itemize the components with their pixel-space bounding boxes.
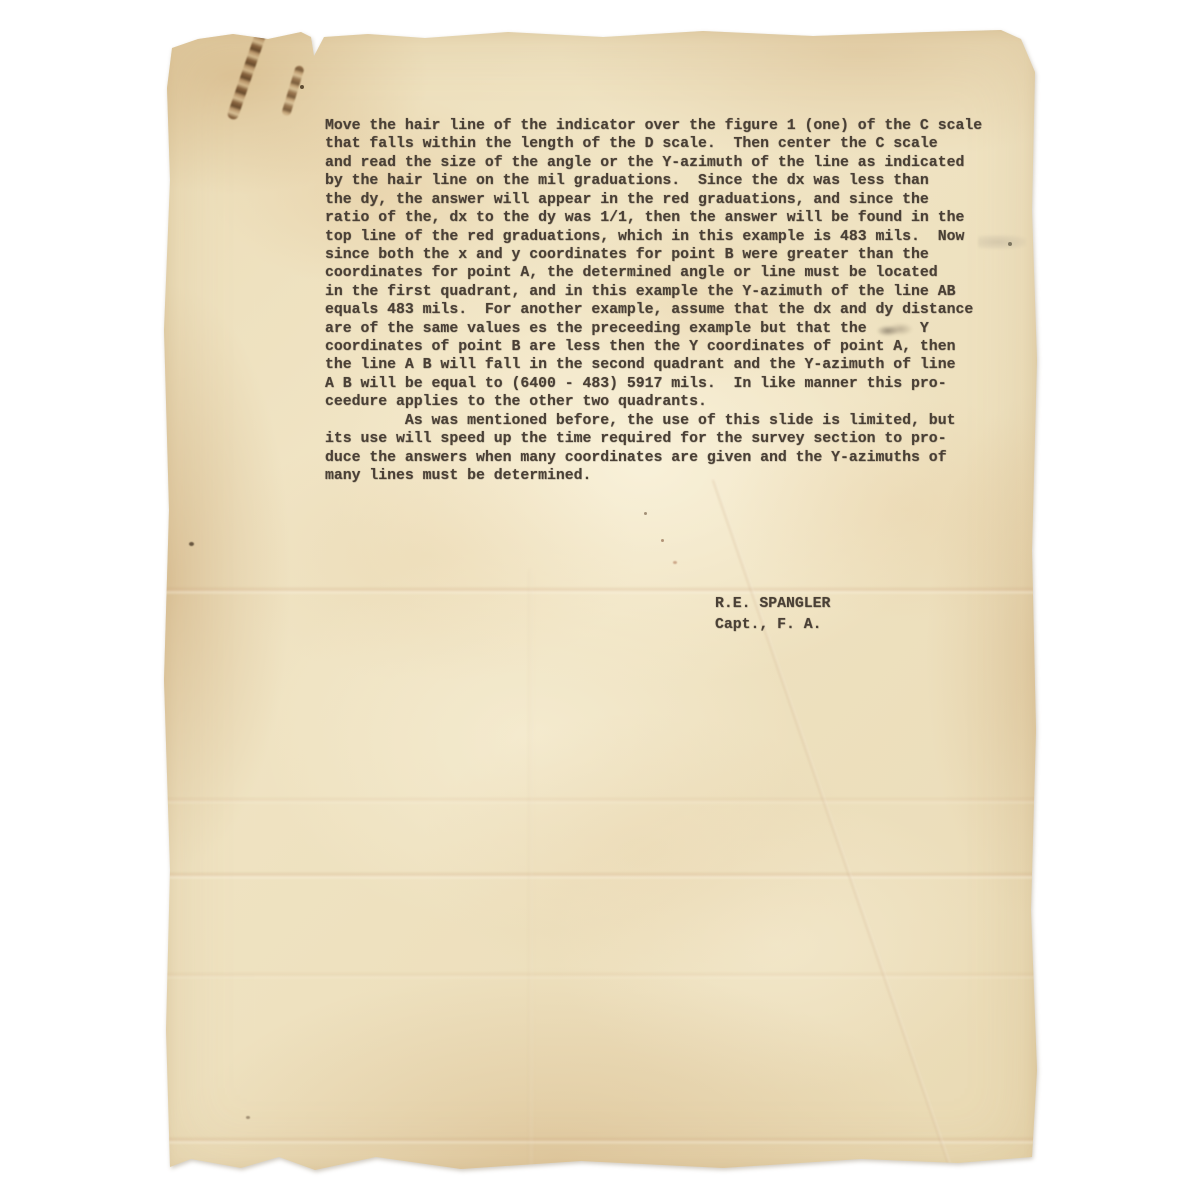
horizontal-fold-crease-2 [163,798,1038,804]
horizontal-fold-crease-5 [163,1138,1038,1144]
rust-stain-streak-1 [226,30,266,121]
horizontal-fold-crease-1 [163,588,1038,594]
stain-speck [644,512,647,515]
typed-body-text: Move the hair line of the indicator over… [325,117,982,485]
stain-speck [189,542,194,546]
horizontal-fold-crease-3 [163,873,1038,879]
paper-sheet: Move the hair line of the indicator over… [163,30,1038,1172]
rust-stain-streak-2 [281,65,305,117]
faint-pencil-dot [1008,242,1012,246]
paper-wrapper: Move the hair line of the indicator over… [163,30,1038,1172]
stain-speck [673,561,677,564]
diagonal-fold-crease [712,479,951,1165]
stain-speck [661,539,664,542]
faint-pencil-mark [978,235,1026,249]
stain-speck [300,85,304,89]
horizontal-fold-crease-4 [163,973,1038,979]
signature-block: R.E. SPANGLER Capt., F. A. [715,594,830,635]
vertical-fold-crease [529,570,532,1170]
stain-speck [246,1116,250,1119]
scan-page: Move the hair line of the indicator over… [0,0,1200,1200]
